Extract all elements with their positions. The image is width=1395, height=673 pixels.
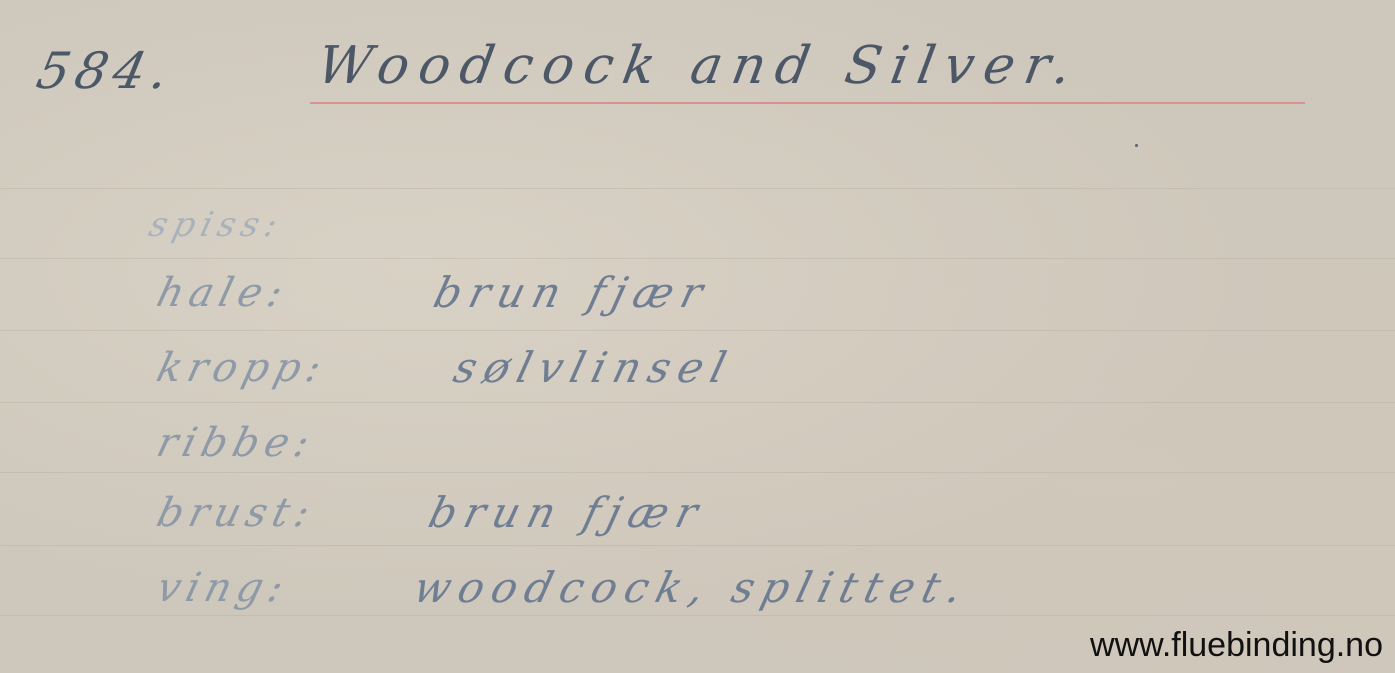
ruled-line <box>0 330 1395 331</box>
field-label-ribbe: ribbe: <box>152 420 320 466</box>
field-value-hale: brun fjær <box>429 268 716 317</box>
field-label-ving: ving: <box>152 565 294 611</box>
ruled-line <box>0 188 1395 189</box>
field-value-brust: brun fjær <box>424 488 711 537</box>
ink-dot <box>1135 144 1138 147</box>
entry-number: 584. <box>32 42 180 100</box>
field-value-kropp: sølvlinsel <box>449 343 739 392</box>
ruled-line <box>0 402 1395 403</box>
notebook-page: 584. Woodcock and Silver. spiss: hale: b… <box>0 0 1395 673</box>
field-label-kropp: kropp: <box>152 345 332 391</box>
field-label-spiss: spiss: <box>145 205 287 245</box>
field-label-hale: hale: <box>152 270 293 316</box>
ruled-line <box>0 615 1395 616</box>
ruled-line <box>0 472 1395 473</box>
page-title: Woodcock and Silver. <box>313 36 1086 96</box>
website-watermark: www.fluebinding.no <box>1090 626 1383 665</box>
ruled-line <box>0 258 1395 259</box>
field-label-brust: brust: <box>152 490 320 536</box>
title-underline <box>310 102 1305 104</box>
ruled-line <box>0 545 1395 546</box>
field-value-ving: woodcock, splittet. <box>409 563 975 612</box>
